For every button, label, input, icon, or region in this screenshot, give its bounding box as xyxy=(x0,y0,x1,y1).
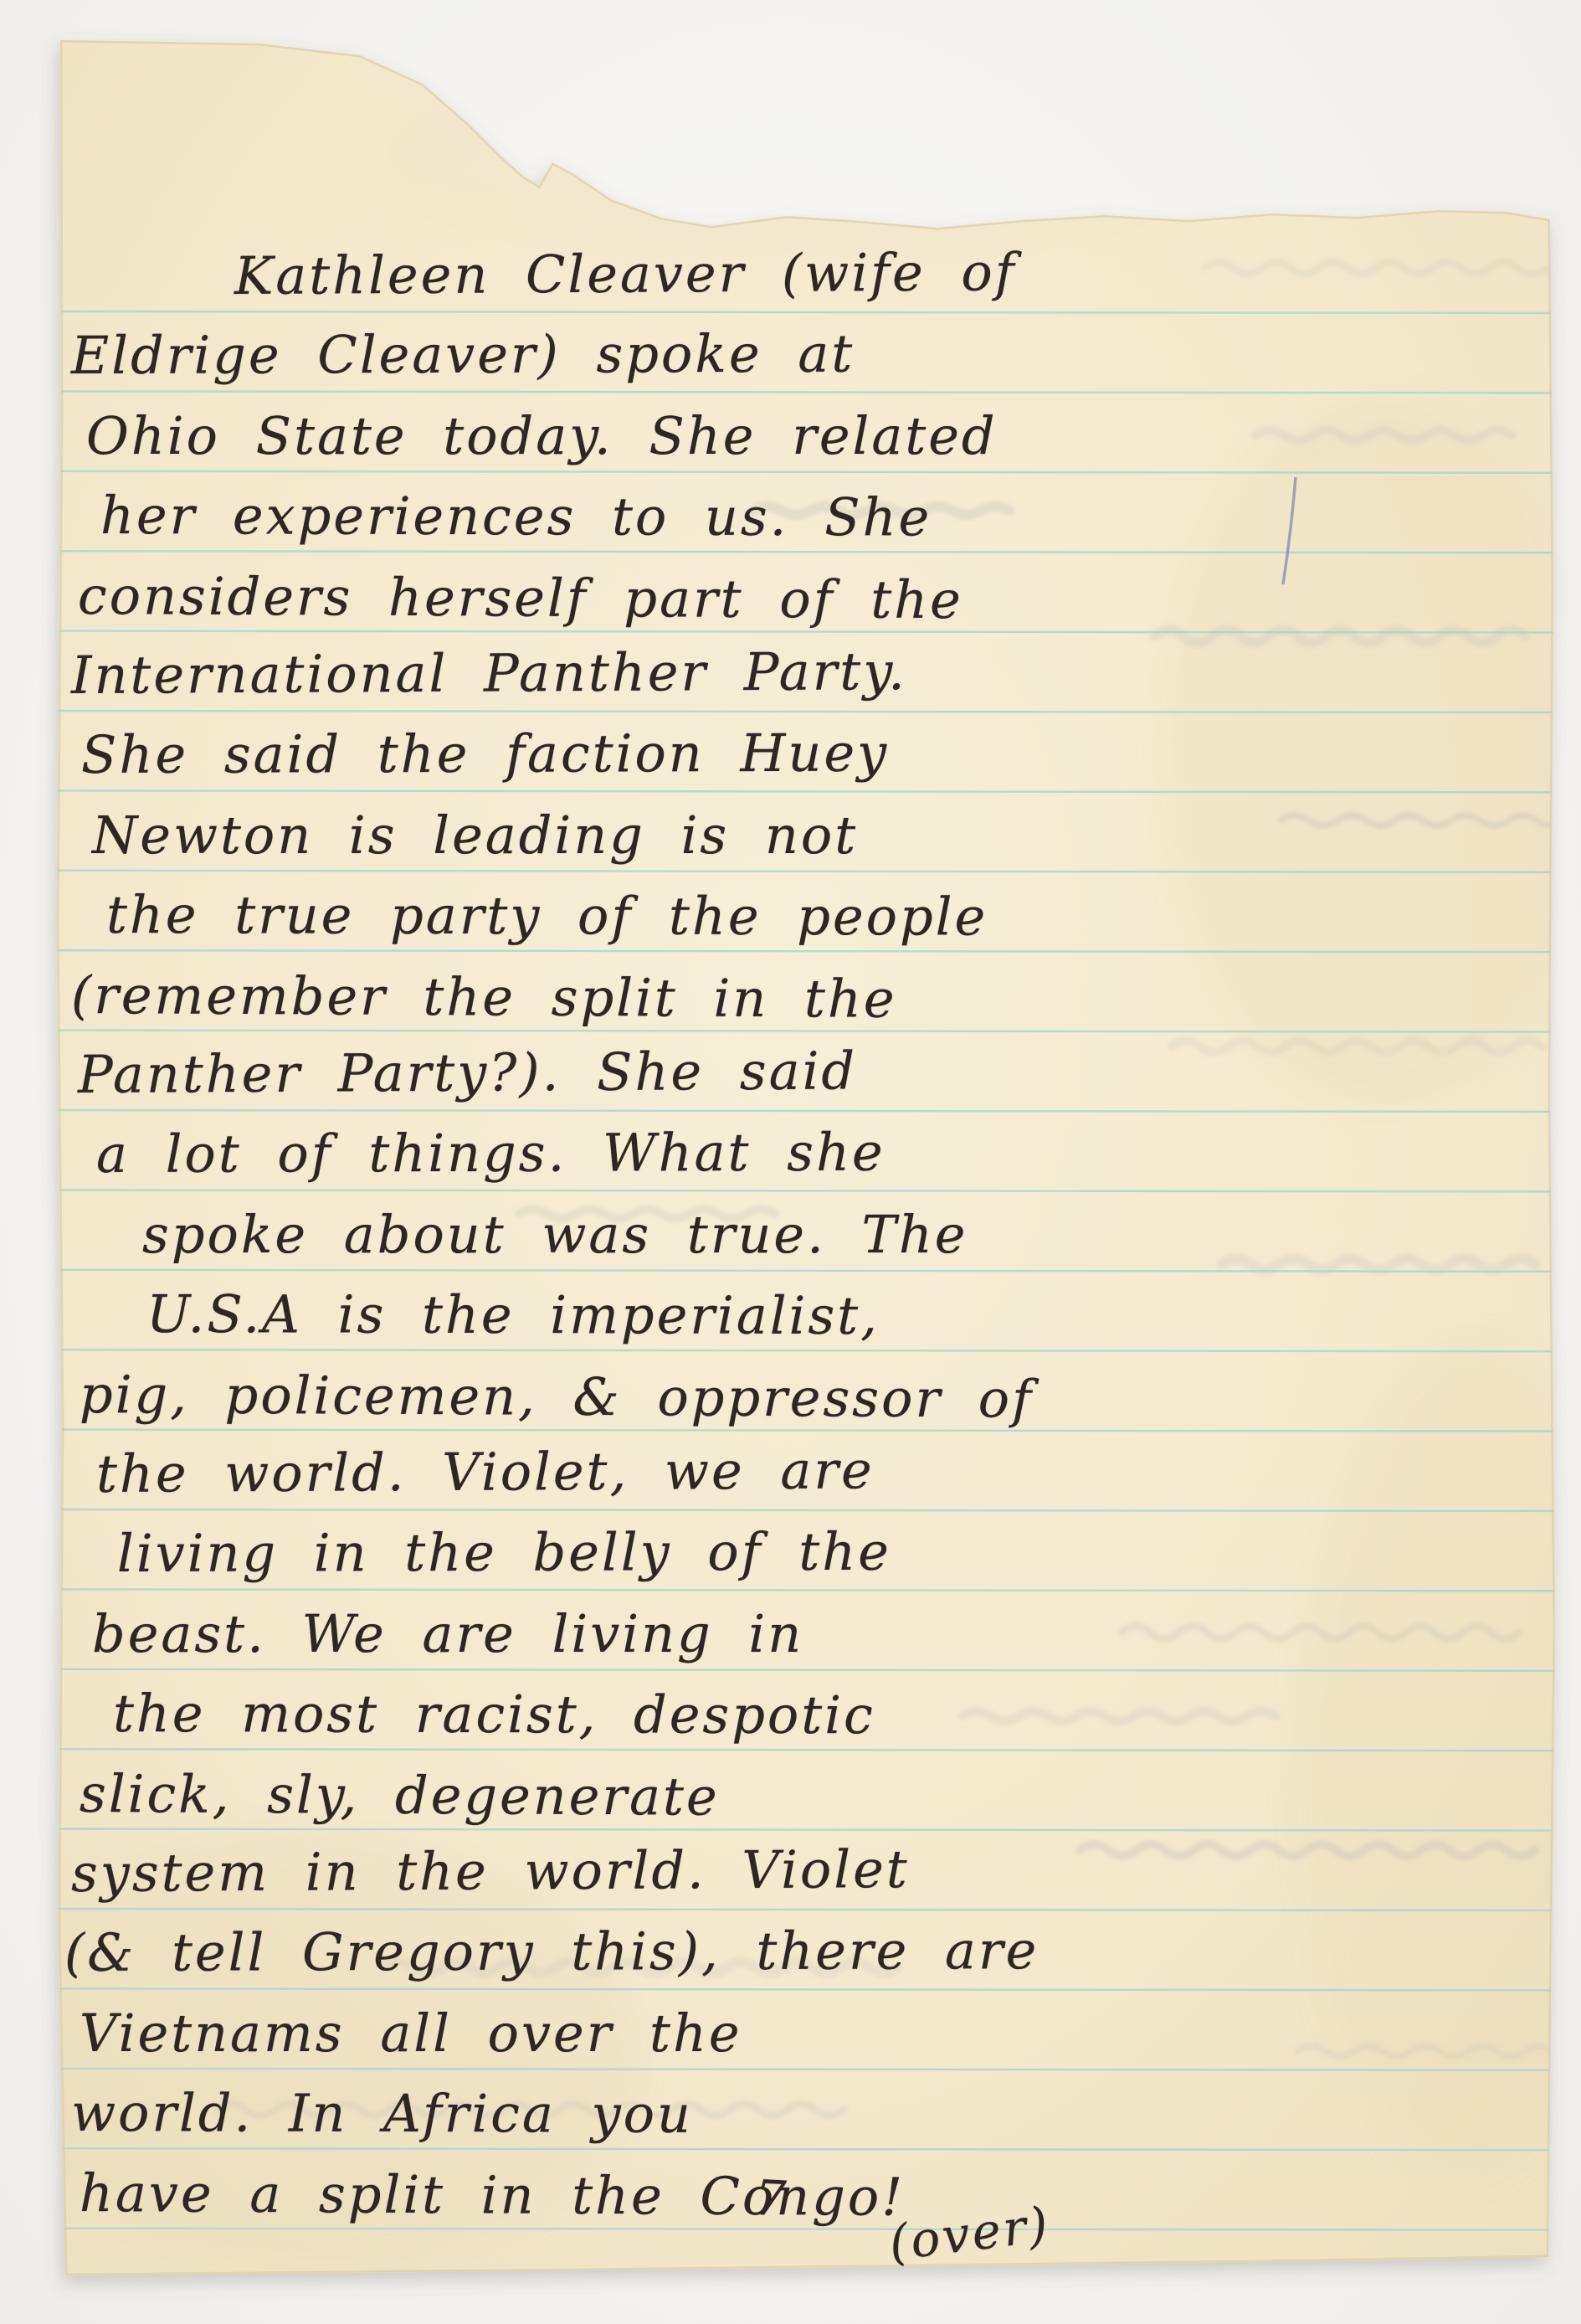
scan-background: Kathleen Cleaver (wife ofEldrige Cleaver… xyxy=(0,0,1581,2324)
paper-sheet xyxy=(0,0,1581,2324)
